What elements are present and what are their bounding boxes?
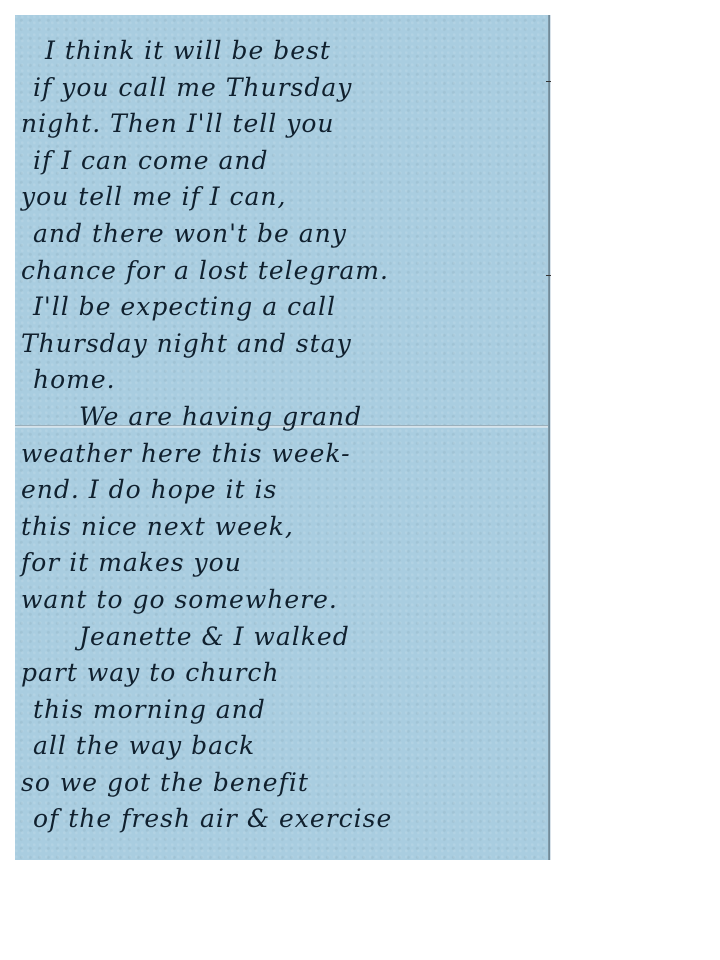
letter-line: of the fresh air & exercise — [21, 801, 546, 838]
letter-line: this nice next week, — [21, 509, 546, 546]
letter-line: part way to church — [21, 655, 546, 692]
letter-line: I think it will be best — [21, 33, 546, 70]
letter-line: so we got the benefit — [21, 765, 546, 802]
letter-line: I'll be expecting a call — [21, 289, 546, 326]
letter-line: if I can come and — [21, 143, 546, 180]
letter-line: weather here this week- — [21, 436, 546, 473]
letter-line: Thursday night and stay — [21, 326, 546, 363]
letter-line: you tell me if I can, — [21, 179, 546, 216]
letter-line: We are having grand — [21, 399, 546, 436]
letter-text: I think it will be best if you call me T… — [21, 33, 546, 838]
letter-line: this morning and — [21, 692, 546, 729]
letter-line: end. I do hope it is — [21, 472, 546, 509]
letter-page: I think it will be best if you call me T… — [15, 15, 549, 860]
letter-line: chance for a lost telegram. — [21, 253, 546, 290]
letter-line: if you call me Thursday — [21, 70, 546, 107]
edge-mark — [546, 81, 551, 82]
letter-line: for it makes you — [21, 545, 546, 582]
letter-line: want to go somewhere. — [21, 582, 546, 619]
letter-line: home. — [21, 362, 546, 399]
letter-line: and there won't be any — [21, 216, 546, 253]
edge-mark — [546, 275, 551, 276]
letter-line: all the way back — [21, 728, 546, 765]
letter-line: Jeanette & I walked — [21, 619, 546, 656]
letter-line: night. Then I'll tell you — [21, 106, 546, 143]
